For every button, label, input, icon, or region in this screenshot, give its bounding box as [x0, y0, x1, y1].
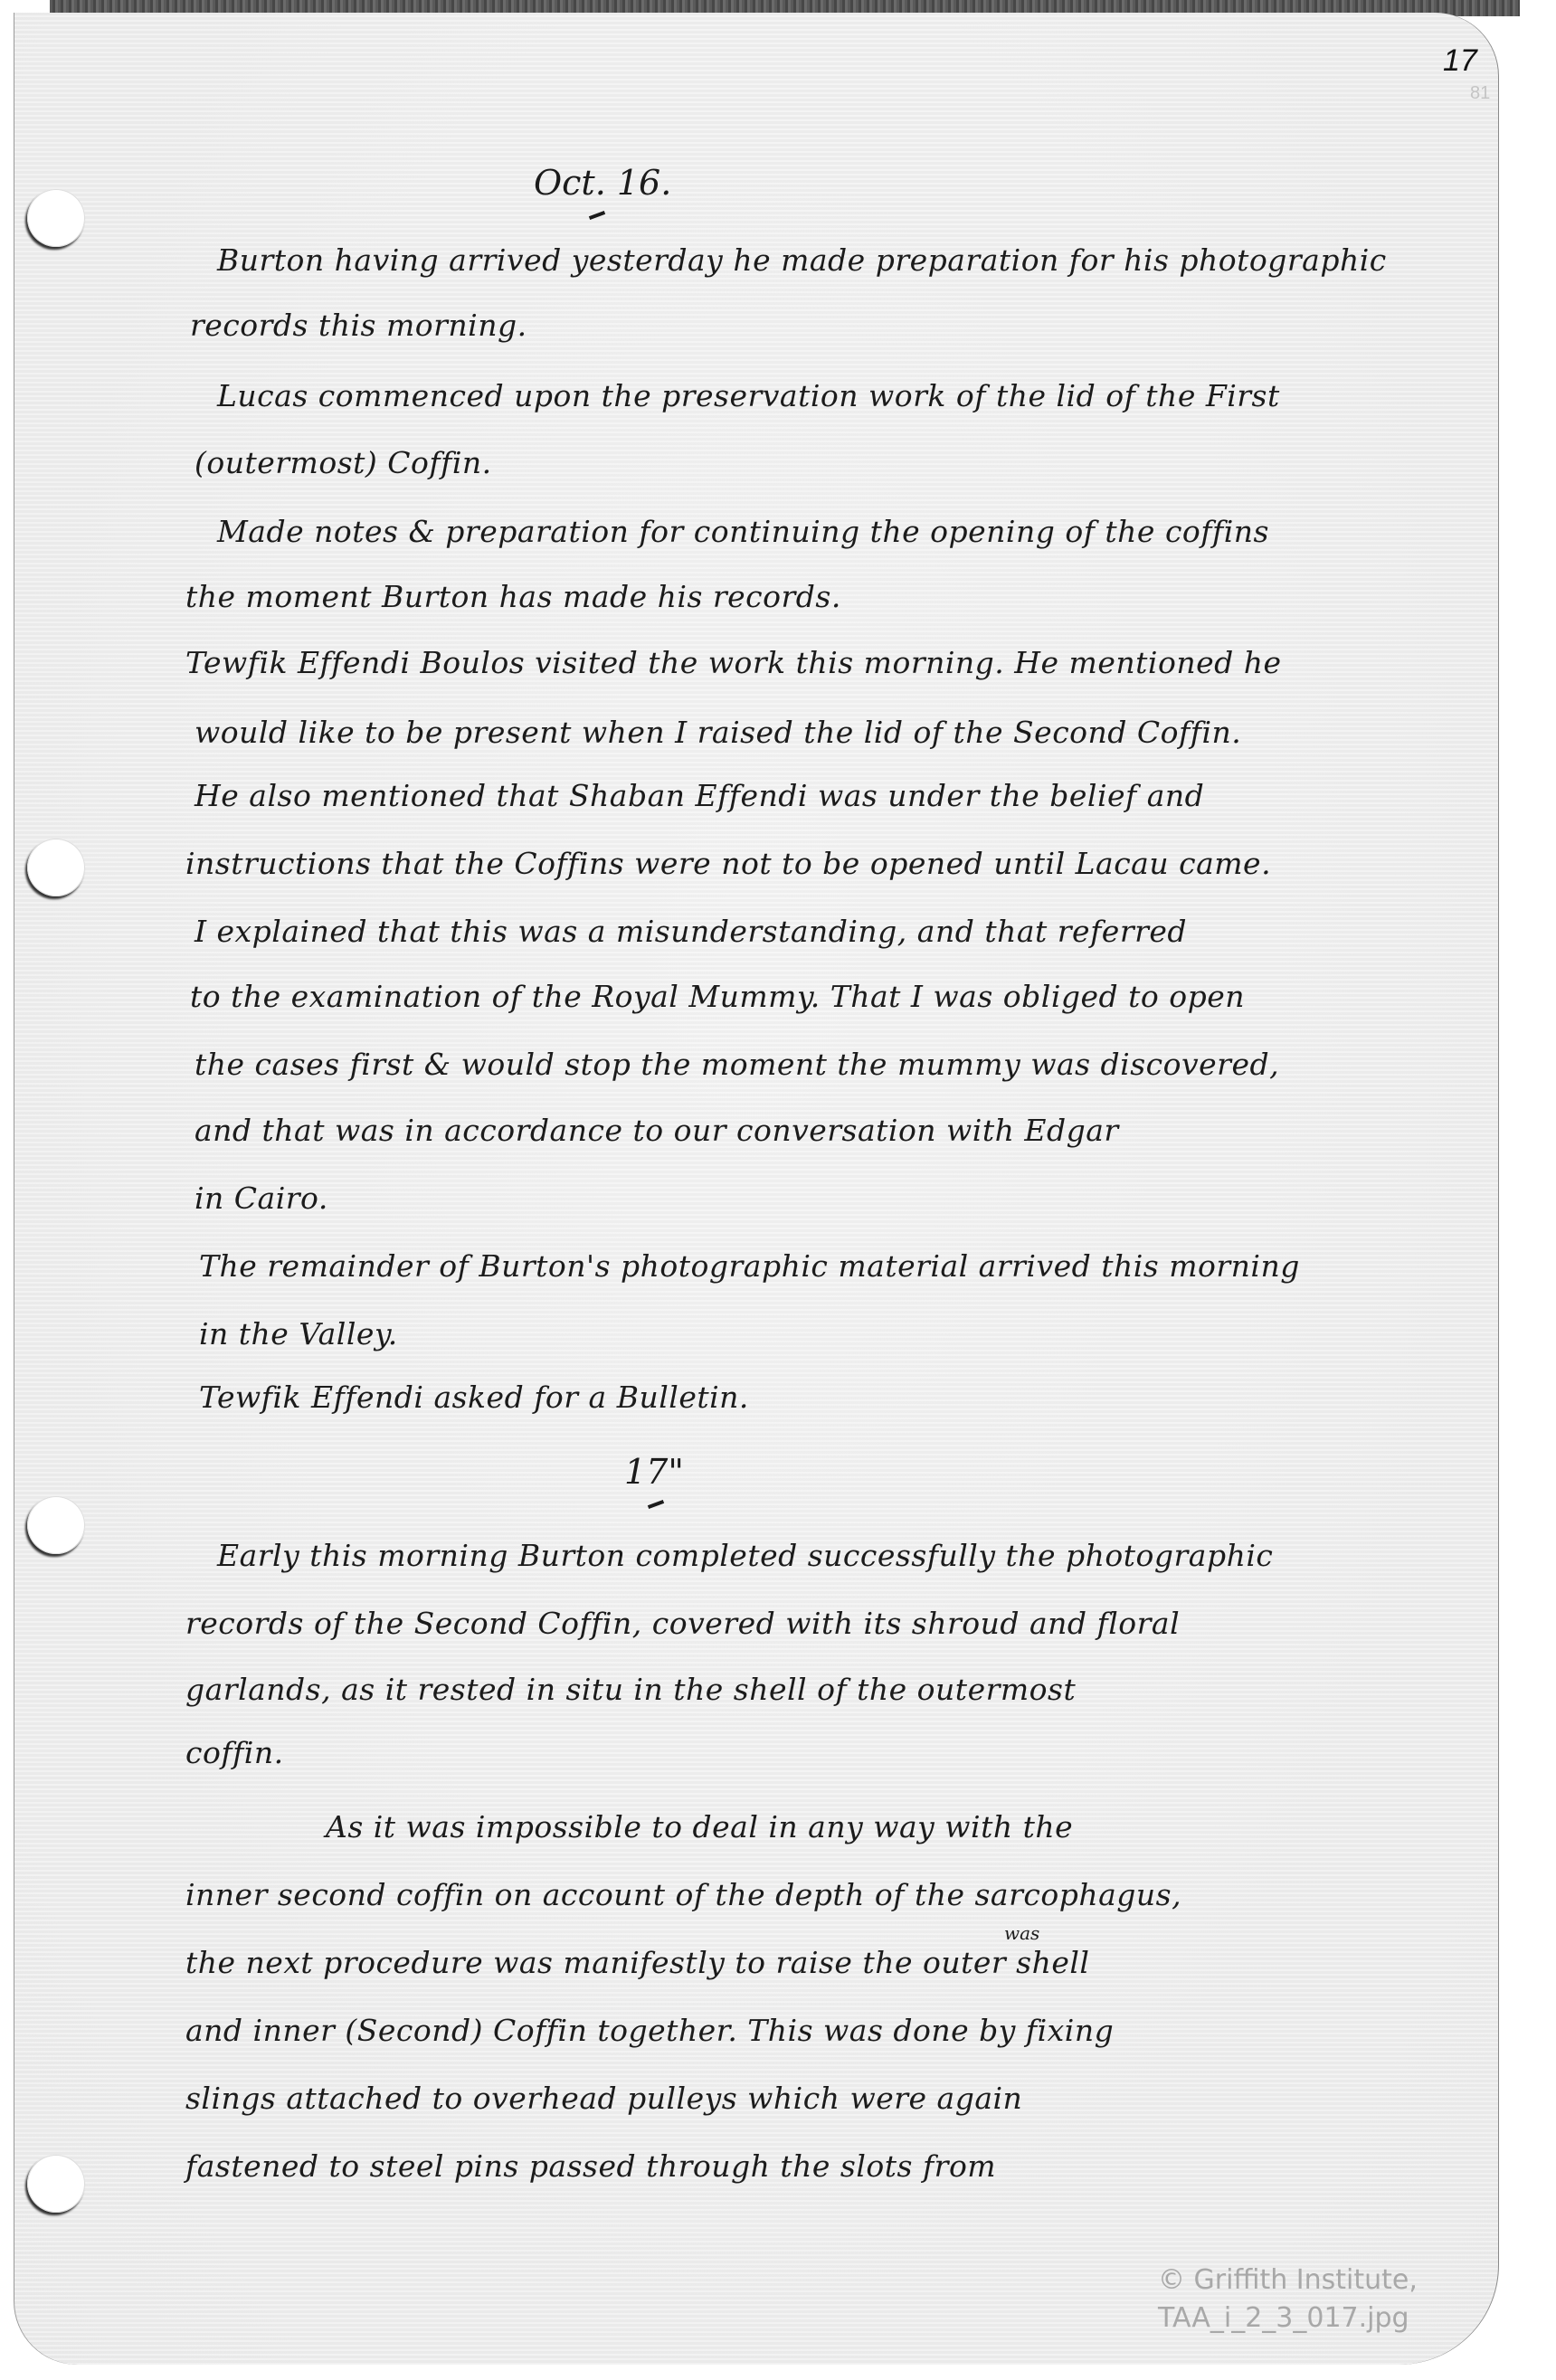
punch-hole — [27, 1496, 85, 1554]
diary-line: Burton having arrived yesterday he made … — [217, 242, 1520, 278]
diary-line: in Cairo. — [194, 1181, 1497, 1216]
diary-line: in the Valley. — [199, 1316, 1502, 1351]
diary-line: and inner (Second) Coffin together. This… — [185, 2013, 1488, 2048]
entry-date-heading: 17" — [624, 1452, 684, 1492]
diary-line: He also mentioned that Shaban Effendi wa… — [194, 778, 1497, 813]
diary-line: Early this morning Burton completed succ… — [217, 1538, 1520, 1573]
diary-line: Tewfik Effendi Boulos visited the work t… — [185, 645, 1488, 680]
diary-line: garlands, as it rested in situ in the sh… — [185, 1672, 1488, 1707]
diary-line: records this morning. — [190, 308, 1493, 343]
diary-line: and that was in accordance to our conver… — [194, 1113, 1497, 1148]
page-number: 17 — [1443, 43, 1477, 79]
diary-line: records of the Second Coffin, covered wi… — [185, 1606, 1488, 1641]
diary-line: the moment Burton has made his records. — [185, 579, 1488, 614]
diary-line: fastened to steel pins passed through th… — [185, 2148, 1488, 2184]
diary-line: inner second coffin on account of the de… — [185, 1877, 1488, 1912]
diary-line: Lucas commenced upon the preservation wo… — [217, 378, 1520, 413]
punch-hole — [27, 839, 85, 896]
diary-line: slings attached to overhead pulleys whic… — [185, 2081, 1488, 2116]
inserted-word: was — [1004, 1922, 1039, 1944]
diary-line: the next procedure was manifestly to rai… — [185, 1945, 1488, 1980]
diary-line: As it was impossible to deal in any way … — [326, 1809, 1556, 1844]
diary-line: would like to be present when I raised t… — [194, 715, 1497, 750]
watermark-line: © Griffith Institute, — [1158, 2261, 1418, 2299]
punch-hole — [27, 189, 85, 247]
diary-line: (outermost) Coffin. — [194, 445, 1497, 480]
diary-line: coffin. — [185, 1735, 1488, 1770]
punch-hole — [27, 2155, 85, 2213]
diary-line: instructions that the Coffins were not t… — [185, 846, 1488, 881]
diary-line: I explained that this was a misunderstan… — [194, 914, 1497, 949]
diary-line: the cases first & would stop the moment … — [194, 1047, 1497, 1082]
diary-line: to the examination of the Royal Mummy. T… — [190, 979, 1493, 1014]
diary-line: Tewfik Effendi asked for a Bulletin. — [199, 1380, 1502, 1415]
faint-page-number: 81 — [1470, 83, 1490, 104]
watermark-filename: TAA_i_2_3_017.jpg — [1158, 2299, 1418, 2337]
entry-date-heading: Oct. 16. — [534, 163, 671, 203]
diary-line: Made notes & preparation for continuing … — [217, 514, 1520, 549]
diary-line: The remainder of Burton's photographic m… — [199, 1248, 1502, 1284]
copyright-watermark: © Griffith Institute, TAA_i_2_3_017.jpg — [1158, 2261, 1418, 2337]
